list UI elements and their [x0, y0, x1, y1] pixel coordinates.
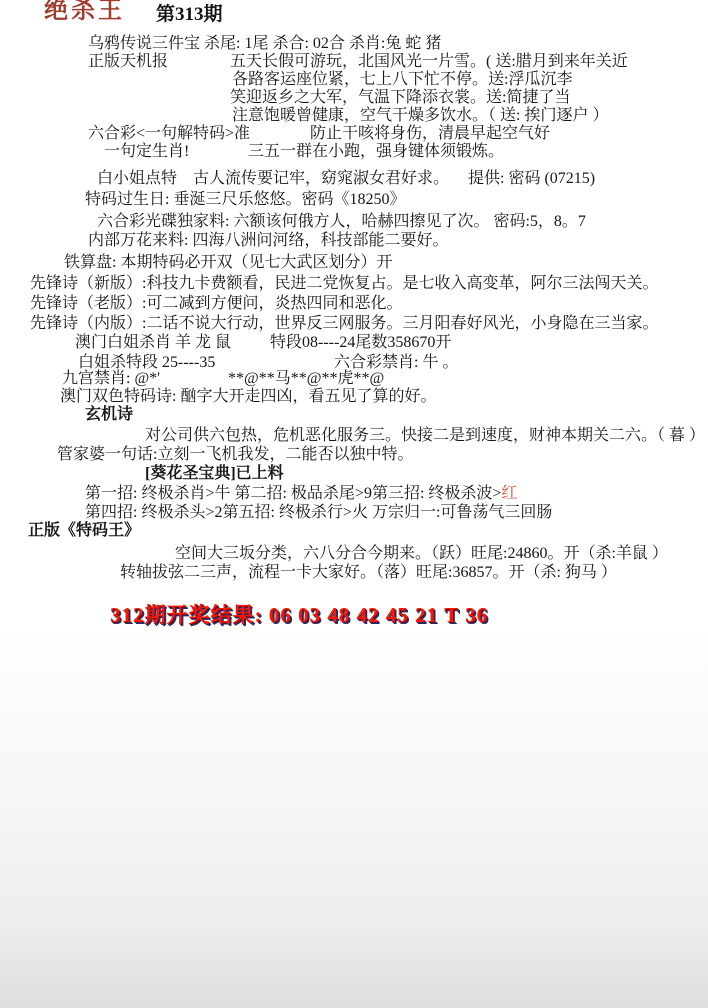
jiugong-text: **@**马**@**虎**@	[228, 370, 384, 388]
lottery-tip-sheet: 绝杀王 第313期 乌鸦传说三件宝 杀尾: 1尾 杀合: 02合 杀肖:兔 蛇 …	[0, 0, 708, 1008]
aomen-teduan: 特段08----24尾数358670开	[270, 334, 451, 352]
tianjibao-line-3: 笑迎返乡之大军，气温下降添衣裳。送:简捷了当	[230, 89, 570, 107]
xianfeng-old-line: 先锋诗（老版）:可二减到方便问，炎热四同和恶化。	[30, 295, 402, 313]
zhao-line-1-red-word: 红	[501, 485, 517, 502]
temawang-line-1: 空间大三坂分类，六八分合今期来。（跃）旺尾:24860。开（杀:羊鼠 ）	[175, 545, 668, 563]
page-title: 绝杀王	[44, 2, 125, 20]
xuanji-title: 玄机诗	[85, 406, 133, 424]
xuanji-text: 对公司供六包热，危机恶化服务三。快接二是到速度，财神本期关二六。（ 暮 ）	[145, 427, 705, 445]
tiesuanpan-line: 铁算盘: 本期特码必开双（见七大武区划分）开	[64, 254, 392, 272]
baixiaojie-provide: 提供: 密码 (07215)	[468, 170, 595, 188]
zhao-line-1: 第一招: 终极杀肖>牛 第二招: 极品杀尾>9第三招: 终极杀波>红	[85, 485, 517, 503]
issue-number: 第313期	[156, 6, 223, 24]
yijiejtm-text: 防止干咳将身伤，清晨早起空气好	[310, 125, 550, 143]
aomen-shaxiao: 澳门白姐杀肖 羊 龙 鼠	[75, 334, 231, 352]
temawang-title: 正版《特码王》	[28, 522, 140, 540]
kuihua-title: [葵花圣宝典]已上料	[145, 465, 284, 483]
tianjibao-line-1: 五天长假可游玩，北国风光一片雪。( 送:腊月到来年关近	[230, 53, 628, 71]
tianjibao-label: 正版天机报	[88, 53, 168, 71]
xianfeng-inner-line: 先锋诗（内版）:二话不说大行动，世界反三网服务。三月阳春好风光，小身隐在三当家。	[30, 315, 658, 333]
jiugong-label: 九宫禁肖: @*'	[62, 370, 160, 388]
yijusx-text: 三五一群在小跑，强身键体须锻炼。	[248, 143, 504, 161]
previous-draw-result: 312期开奖结果: 06 03 48 42 45 21 T 36	[110, 606, 488, 624]
tianjibao-line-2: 各路客运座位紧，七上八下忙不停。送:浮瓜沉李	[232, 71, 572, 89]
guangdie-line: 六合彩光碟独家料: 六额该何俄方人，哈赫四擦见了次。 密码:5，8。7	[97, 213, 586, 231]
shengri-line: 特码过生日: 垂涎三尺乐悠悠。密码《18250》	[85, 191, 405, 209]
baixiaojie-label: 白小姐点特	[97, 170, 177, 188]
yijiejtm-label: 六合彩<一句解特码>准	[88, 125, 250, 143]
guanjiapo-line: 管家婆一句话:立刻一飞机我发，二能否以独中特。	[57, 446, 413, 464]
yijusx-label: 一句定生肖!	[104, 143, 189, 161]
tianjibao-line-4: 注意饱暖曾健康，空气干燥多饮水。（ 送: 挨门逐户 ）	[232, 107, 608, 125]
shuangse-line: 澳门双色特码诗: 酗字大开走四凶，看五见了算的好。	[60, 388, 436, 406]
zhao-line-1-text: 第一招: 终极杀肖>牛 第二招: 极品杀尾>9第三招: 终极杀波>	[85, 485, 501, 502]
temawang-line-2: 转轴拔弦二三声，流程一卡大家好。（落）旺尾:36857。开（杀: 狗马 ）	[120, 564, 617, 582]
baixiaojie-text: 古人流传要记牢，窈窕淑女君好求。	[193, 170, 449, 188]
xianfeng-new-line: 先锋诗（新版）:科技九卡费额看，民进二党恢复占。是七收入高变革，阿尔三法闯天关。	[30, 275, 658, 293]
neibu-line: 内部万花来料: 四海八洲问河络，科技部能二要好。	[88, 232, 448, 250]
zhao-line-2: 第四招: 终极杀头>2第五招: 终极杀行>火 万宗归一:可鲁荡气三回肠	[85, 504, 552, 522]
wuya-line: 乌鸦传说三件宝 杀尾: 1尾 杀合: 02合 杀肖:兔 蛇 猪	[88, 35, 441, 53]
